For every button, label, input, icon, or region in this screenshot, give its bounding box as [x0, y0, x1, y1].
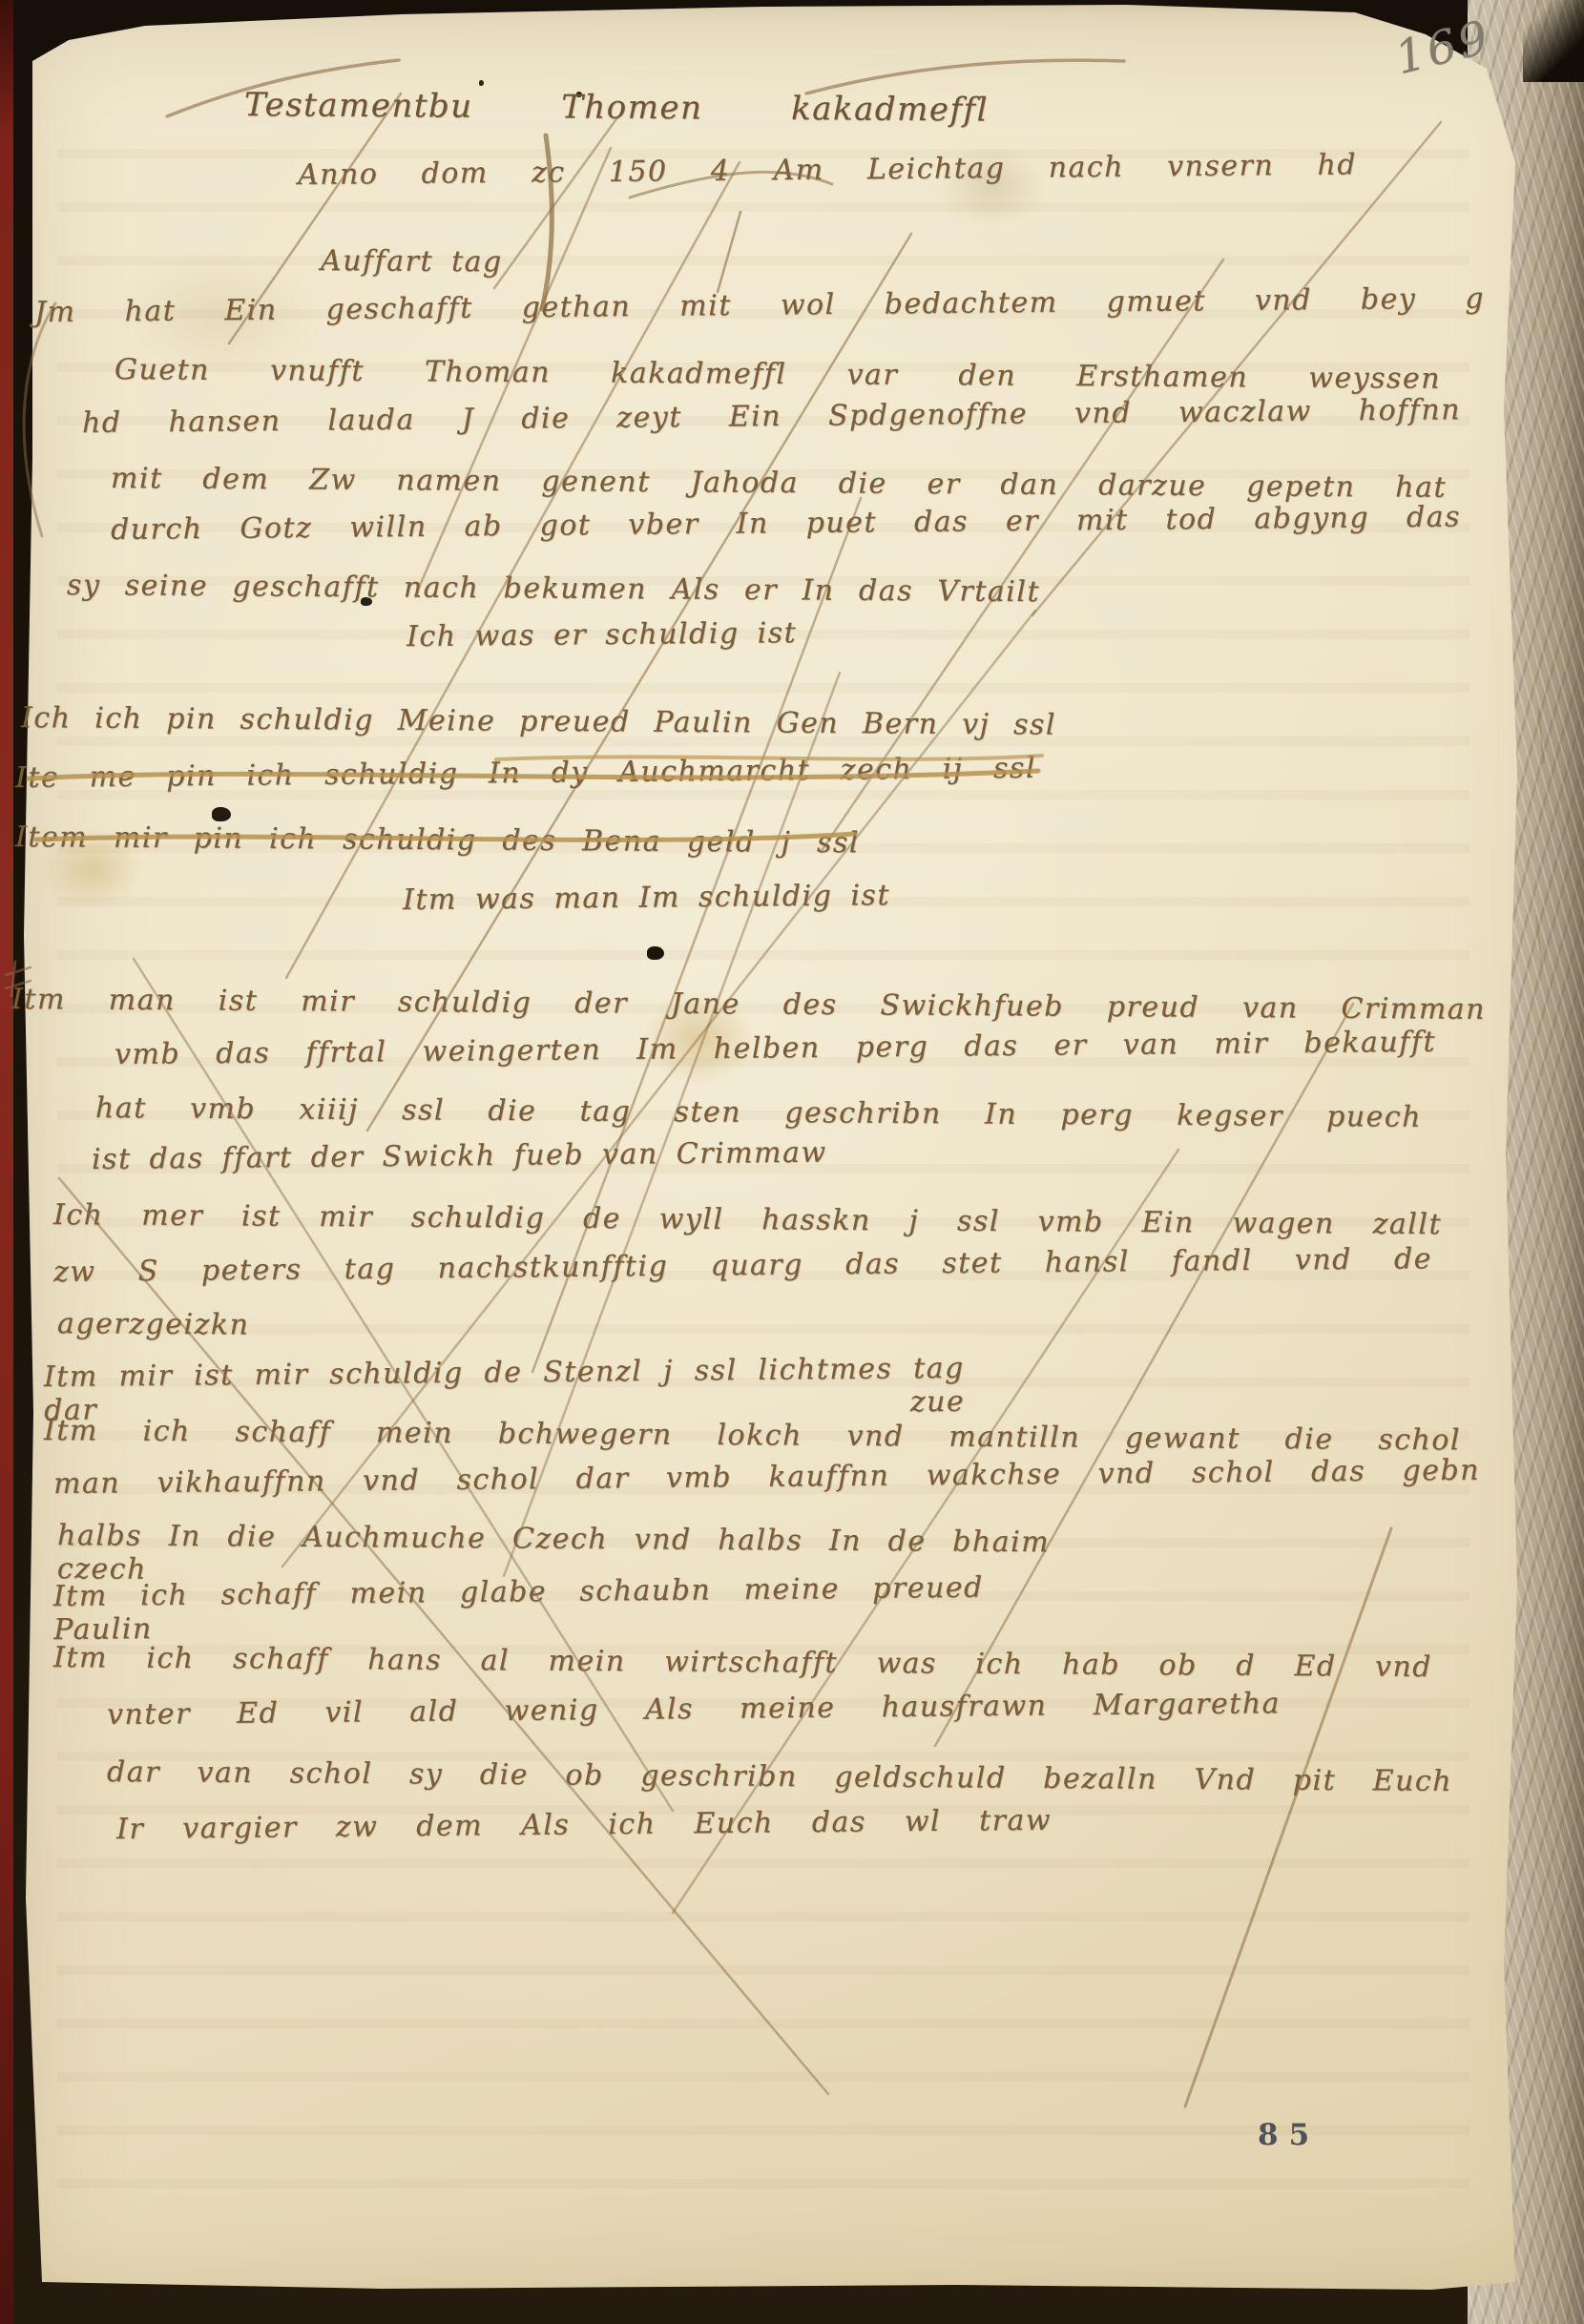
book-binding-edge	[0, 0, 13, 2324]
manuscript-line: Itm ich schaff mein glabe schaubn meine …	[53, 1571, 985, 1647]
corner-shadow	[1523, 0, 1584, 82]
manuscript-line: agerzgeizkn	[57, 1307, 250, 1341]
manuscript-line-struck: Item mir pin ich schuldig des Bena geld …	[15, 820, 860, 860]
manuscript-title: Testamentbu Thomen kakadmeffl	[244, 86, 989, 129]
manuscript-line: ist das ffart der Swickh fueb van Crimma…	[92, 1136, 827, 1176]
manuscript-line: Ich was er schuldig ist	[406, 616, 797, 654]
manuscript-line: sy seine geschafft nach bekumen Als er I…	[67, 569, 1040, 609]
manuscript-scan-page: Testamentbu Thomen kakadmeffl Anno dom z…	[0, 0, 1584, 2324]
manuscript-line: Auffart tag	[321, 244, 503, 279]
page-stamp-number: 85	[1258, 2118, 1320, 2152]
manuscript-line: Itm was man Im schuldig ist	[403, 879, 890, 917]
